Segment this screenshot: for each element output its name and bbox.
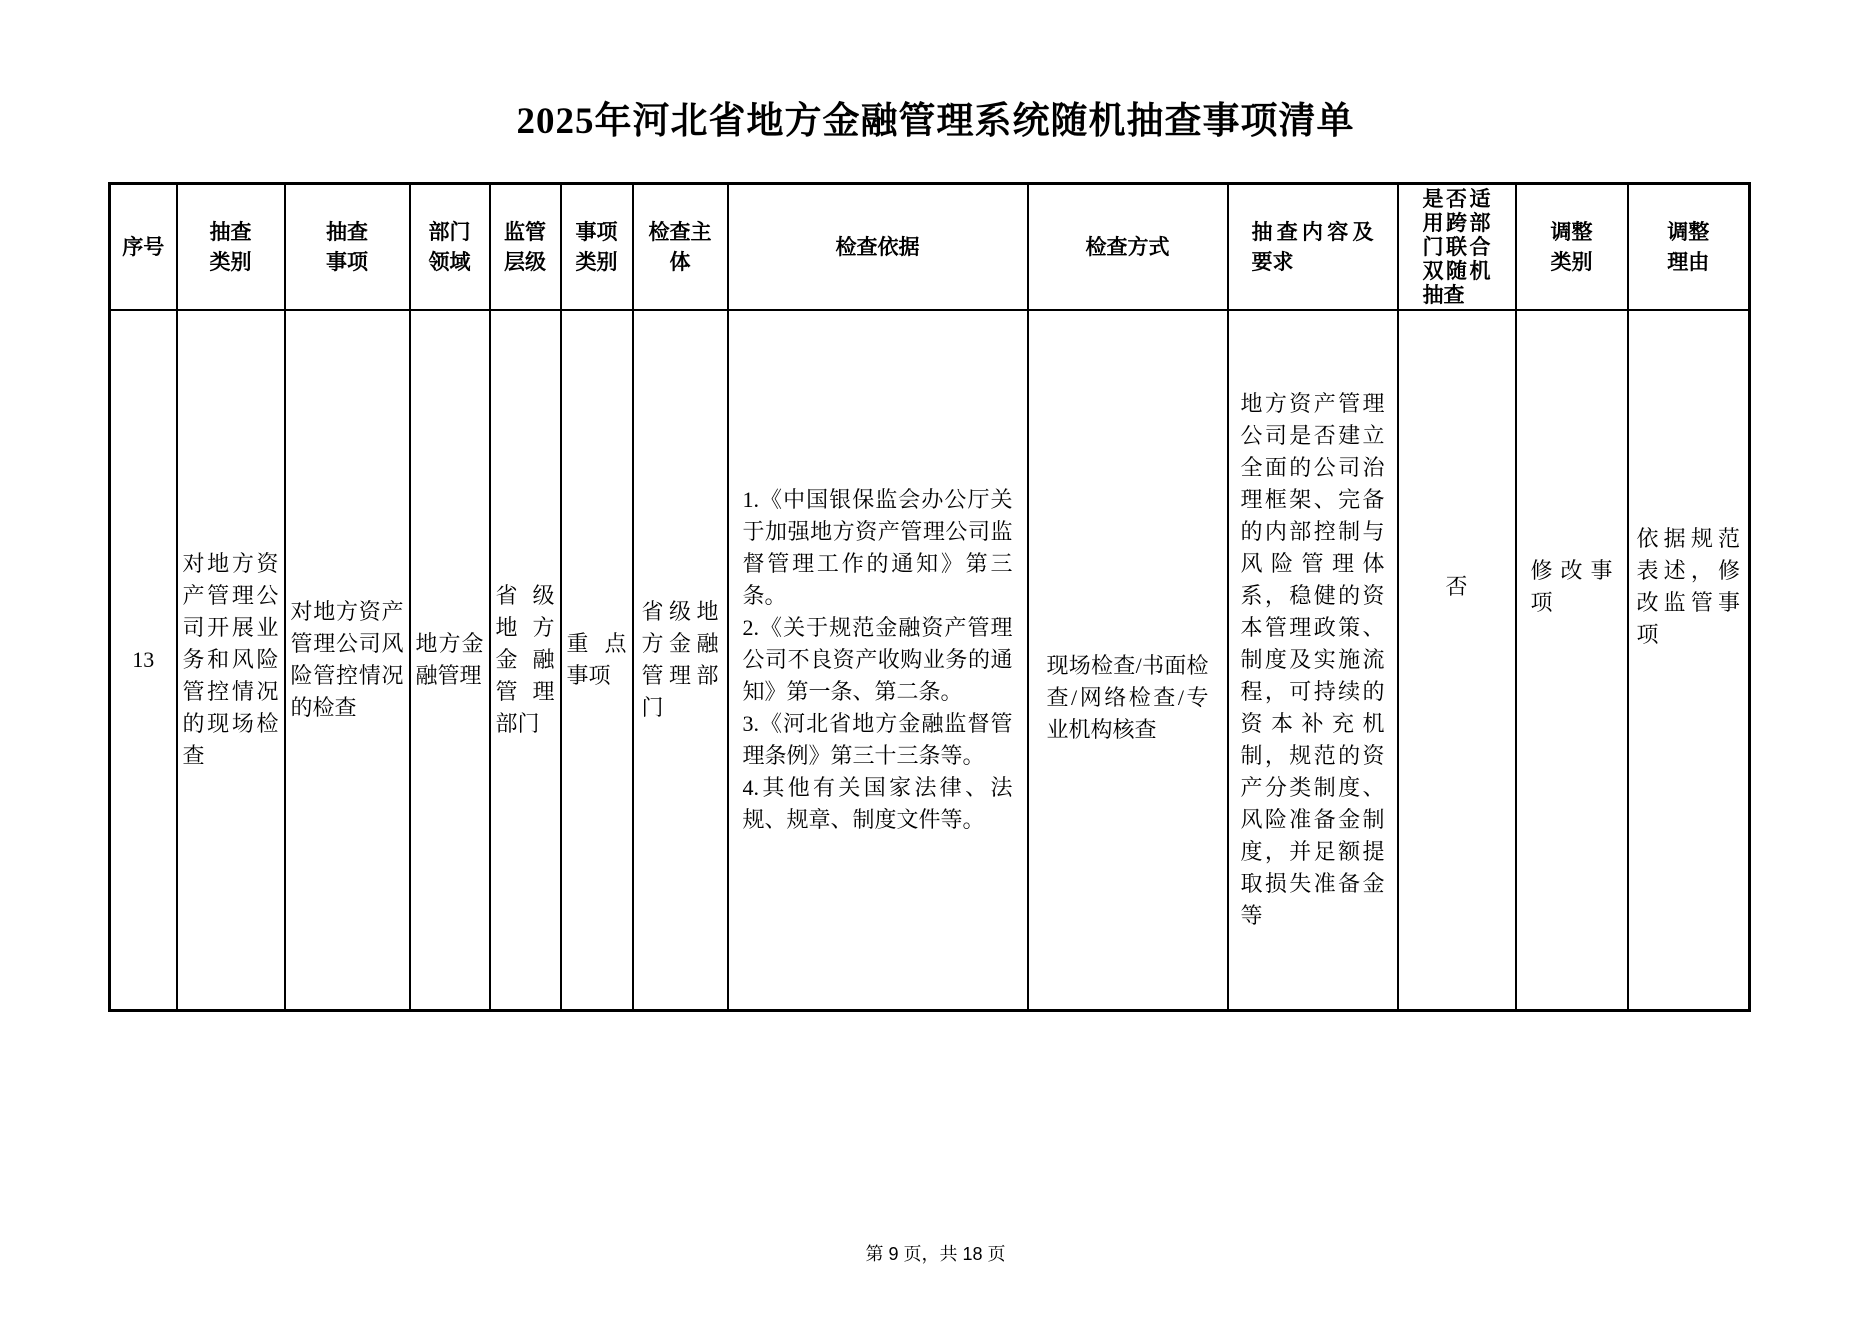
- page-title: 2025年河北省地方金融管理系统随机抽查事项清单: [153, 0, 1719, 146]
- header-row: 序号 抽查 类别 抽查 事项 部门 领域 监管 层级 事项 类别 检查主 体 检…: [110, 184, 1750, 311]
- column-header-category: 抽查 类别: [177, 184, 285, 311]
- seq-cell: 13: [110, 310, 177, 1010]
- column-header-inspector: 检查主 体: [633, 184, 728, 311]
- inspector-cell: 省级地方金融管理部门: [633, 310, 728, 1010]
- adjust-type-cell: 修改事项: [1516, 310, 1628, 1010]
- method-cell: 现场检查/书面检查/网络检查/专业机构核查: [1028, 310, 1228, 1010]
- column-header-item-type: 事项 类别: [561, 184, 633, 311]
- column-header-regulatory-level: 监管 层级: [490, 184, 561, 311]
- item-cell: 对地方资产管理公司风险管控情况的检查: [285, 310, 410, 1010]
- table-row: 13 对地方资产管理公司开展业务和风险管控情况的现场检查 对地方资产管理公司风险…: [110, 310, 1750, 1010]
- regulatory-level-cell: 省级地方金融管理部门: [490, 310, 561, 1010]
- document-page: 2025年河北省地方金融管理系统随机抽查事项清单 序号 抽查 类别 抽查 事项 …: [0, 0, 1871, 1323]
- basis-cell: 1.《中国银保监会办公厅关于加强地方资产管理公司监督管理工作的通知》第三条。 2…: [728, 310, 1028, 1010]
- category-cell: 对地方资产管理公司开展业务和风险管控情况的现场检查: [177, 310, 285, 1010]
- column-header-content-requirements: 抽查内容及要求: [1228, 184, 1398, 311]
- column-header-cross-department: 是否适用跨部门联合双随机抽查: [1398, 184, 1516, 311]
- item-type-cell: 重点事项: [561, 310, 633, 1010]
- column-header-adjust-type: 调整 类别: [1516, 184, 1628, 311]
- column-header-item: 抽查 事项: [285, 184, 410, 311]
- department-field-cell: 地方金融管理: [410, 310, 490, 1010]
- column-header-adjust-reason: 调整 理由: [1628, 184, 1750, 311]
- cross-department-cell: 否: [1398, 310, 1516, 1010]
- column-header-department-field: 部门 领域: [410, 184, 490, 311]
- column-header-basis: 检查依据: [728, 184, 1028, 311]
- column-header-seq: 序号: [110, 184, 177, 311]
- adjust-reason-cell: 依据规范表述，修改监管事项: [1628, 310, 1750, 1010]
- content-requirements-cell: 地方资产管理公司是否建立全面的公司治理框架、完备的内部控制与风险管理体系，稳健的…: [1228, 310, 1398, 1010]
- page-footer: 第 9 页，共 18 页: [0, 1240, 1871, 1266]
- inspection-items-table: 序号 抽查 类别 抽查 事项 部门 领域 监管 层级 事项 类别 检查主 体 检…: [108, 182, 1751, 1012]
- column-header-method: 检查方式: [1028, 184, 1228, 311]
